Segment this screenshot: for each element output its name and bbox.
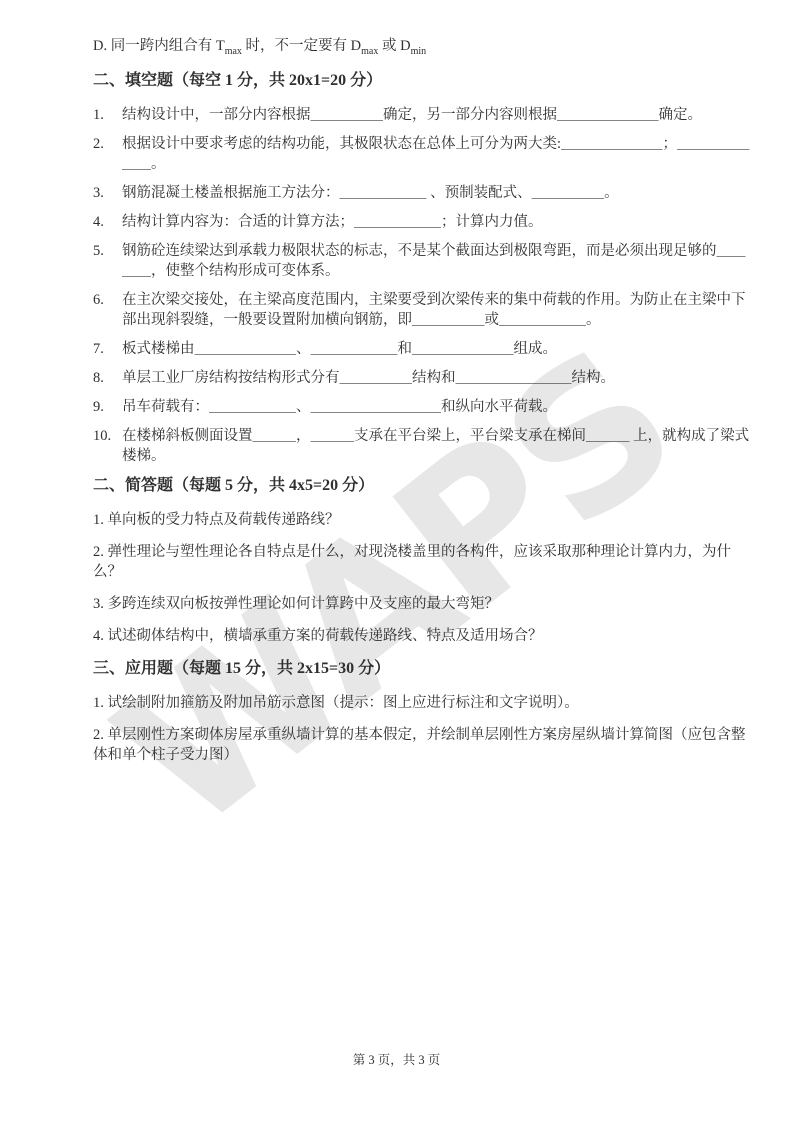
short-answer-item-3: 3. 多跨连续双向板按弹性理论如何计算跨中及支座的最大弯矩？ [93,594,755,614]
item-text: 钢筋混凝土楼盖根据施工方法分：＿＿＿＿＿＿ 、预制装配式、＿＿＿＿＿。 [122,183,755,203]
item-text: 单层工业厂房结构按结构形式分有＿＿＿＿＿结构和＿＿＿＿＿＿＿＿结构。 [122,368,755,388]
item-text: 钢筋砼连续梁达到承载力极限状态的标志，不是某个截面达到极限弯距，而是必须出现足够… [122,241,755,281]
option-d-line: D. 同一跨内组合有 Tmax 时，不一定要有 Dmax 或 Dmin [93,36,755,56]
item-text: 在主次梁交接处，在主梁高度范围内，主梁要受到次梁传来的集中荷载的作用。为防止在主… [122,290,755,330]
fill-item-6: 6. 在主次梁交接处，在主梁高度范围内，主梁要受到次梁传来的集中荷载的作用。为防… [93,290,755,330]
fill-item-9: 9. 吊车荷载有：＿＿＿＿＿＿、＿＿＿＿＿＿＿＿＿和纵向水平荷载。 [93,397,755,417]
application-item-1: 1. 试绘制附加箍筋及附加吊筋示意图（提示：图上应进行标注和文字说明）。 [93,693,755,713]
item-number: 1. [93,105,122,125]
section-heading-short-answer: 二、简答题（每题 5 分，共 4x5=20 分） [93,475,755,497]
section-heading-fill-in-blank: 二、填空题（每空 1 分，共 20x1=20 分） [93,70,755,92]
exam-page: WAPS D. 同一跨内组合有 Tmax 时，不一定要有 Dmax 或 Dmin… [0,0,793,1122]
section-heading-application: 三、应用题（每题 15 分，共 2x15=30 分） [93,658,755,680]
item-number: 9. [93,397,122,417]
short-answer-item-2: 2. 弹性理论与塑性理论各自特点是什么，对现浇楼盖里的各构件，应该采取那种理论计… [93,542,755,582]
item-text: 板式楼梯由＿＿＿＿＿＿＿、＿＿＿＿＿＿和＿＿＿＿＿＿＿组成。 [122,339,755,359]
fill-item-7: 7. 板式楼梯由＿＿＿＿＿＿＿、＿＿＿＿＿＿和＿＿＿＿＿＿＿组成。 [93,339,755,359]
short-answer-item-1: 1. 单向板的受力特点及荷载传递路线？ [93,510,755,530]
item-number: 5. [93,241,122,281]
fill-item-4: 4. 结构计算内容为：合适的计算方法；＿＿＿＿＿＿；计算内力值。 [93,212,755,232]
fill-item-8: 8. 单层工业厂房结构按结构形式分有＿＿＿＿＿结构和＿＿＿＿＿＿＿＿结构。 [93,368,755,388]
subscript-max: max [225,46,242,57]
fill-item-5: 5. 钢筋砼连续梁达到承载力极限状态的标志，不是某个截面达到极限弯距，而是必须出… [93,241,755,281]
fill-item-10: 10. 在楼梯斜板侧面设置＿＿＿，＿＿＿支承在平台梁上，平台梁支承在梯间＿＿＿ … [93,426,755,466]
fill-item-3: 3. 钢筋混凝土楼盖根据施工方法分：＿＿＿＿＿＿ 、预制装配式、＿＿＿＿＿。 [93,183,755,203]
item-number: 4. [93,212,122,232]
item-number: 8. [93,368,122,388]
fill-item-1: 1. 结构设计中，一部分内容根据＿＿＿＿＿确定，另一部分内容则根据＿＿＿＿＿＿＿… [93,105,755,125]
item-number: 2. [93,134,122,174]
fill-item-2: 2. 根据设计中要求考虑的结构功能，其极限状态在总体上可分为两大类:＿＿＿＿＿＿… [93,134,755,174]
text-segment: 或 D [378,38,410,54]
item-number: 10. [93,426,122,466]
item-text: 吊车荷载有：＿＿＿＿＿＿、＿＿＿＿＿＿＿＿＿和纵向水平荷载。 [122,397,755,417]
text-segment: 时，不一定要有 D [242,38,361,54]
page-footer: 第 3 页，共 3 页 [0,1050,793,1068]
item-text: 根据设计中要求考虑的结构功能，其极限状态在总体上可分为两大类:＿＿＿＿＿＿＿；＿… [122,134,755,174]
subscript-min: min [411,46,427,57]
application-item-2: 2. 单层刚性方案砌体房屋承重纵墙计算的基本假定，并绘制单层刚性方案房屋纵墙计算… [93,725,755,765]
item-number: 6. [93,290,122,330]
item-number: 3. [93,183,122,203]
text-segment: D. 同一跨内组合有 T [93,38,225,54]
short-answer-item-4: 4. 试述砌体结构中，横墙承重方案的荷载传递路线、特点及适用场合？ [93,626,755,646]
subscript-max: max [361,46,378,57]
item-text: 结构设计中，一部分内容根据＿＿＿＿＿确定，另一部分内容则根据＿＿＿＿＿＿＿确定。 [122,105,755,125]
item-number: 7. [93,339,122,359]
item-text: 在楼梯斜板侧面设置＿＿＿，＿＿＿支承在平台梁上，平台梁支承在梯间＿＿＿ 上，就构… [122,426,755,466]
item-text: 结构计算内容为：合适的计算方法；＿＿＿＿＿＿；计算内力值。 [122,212,755,232]
page-content: D. 同一跨内组合有 Tmax 时，不一定要有 Dmax 或 Dmin 二、填空… [0,0,793,765]
